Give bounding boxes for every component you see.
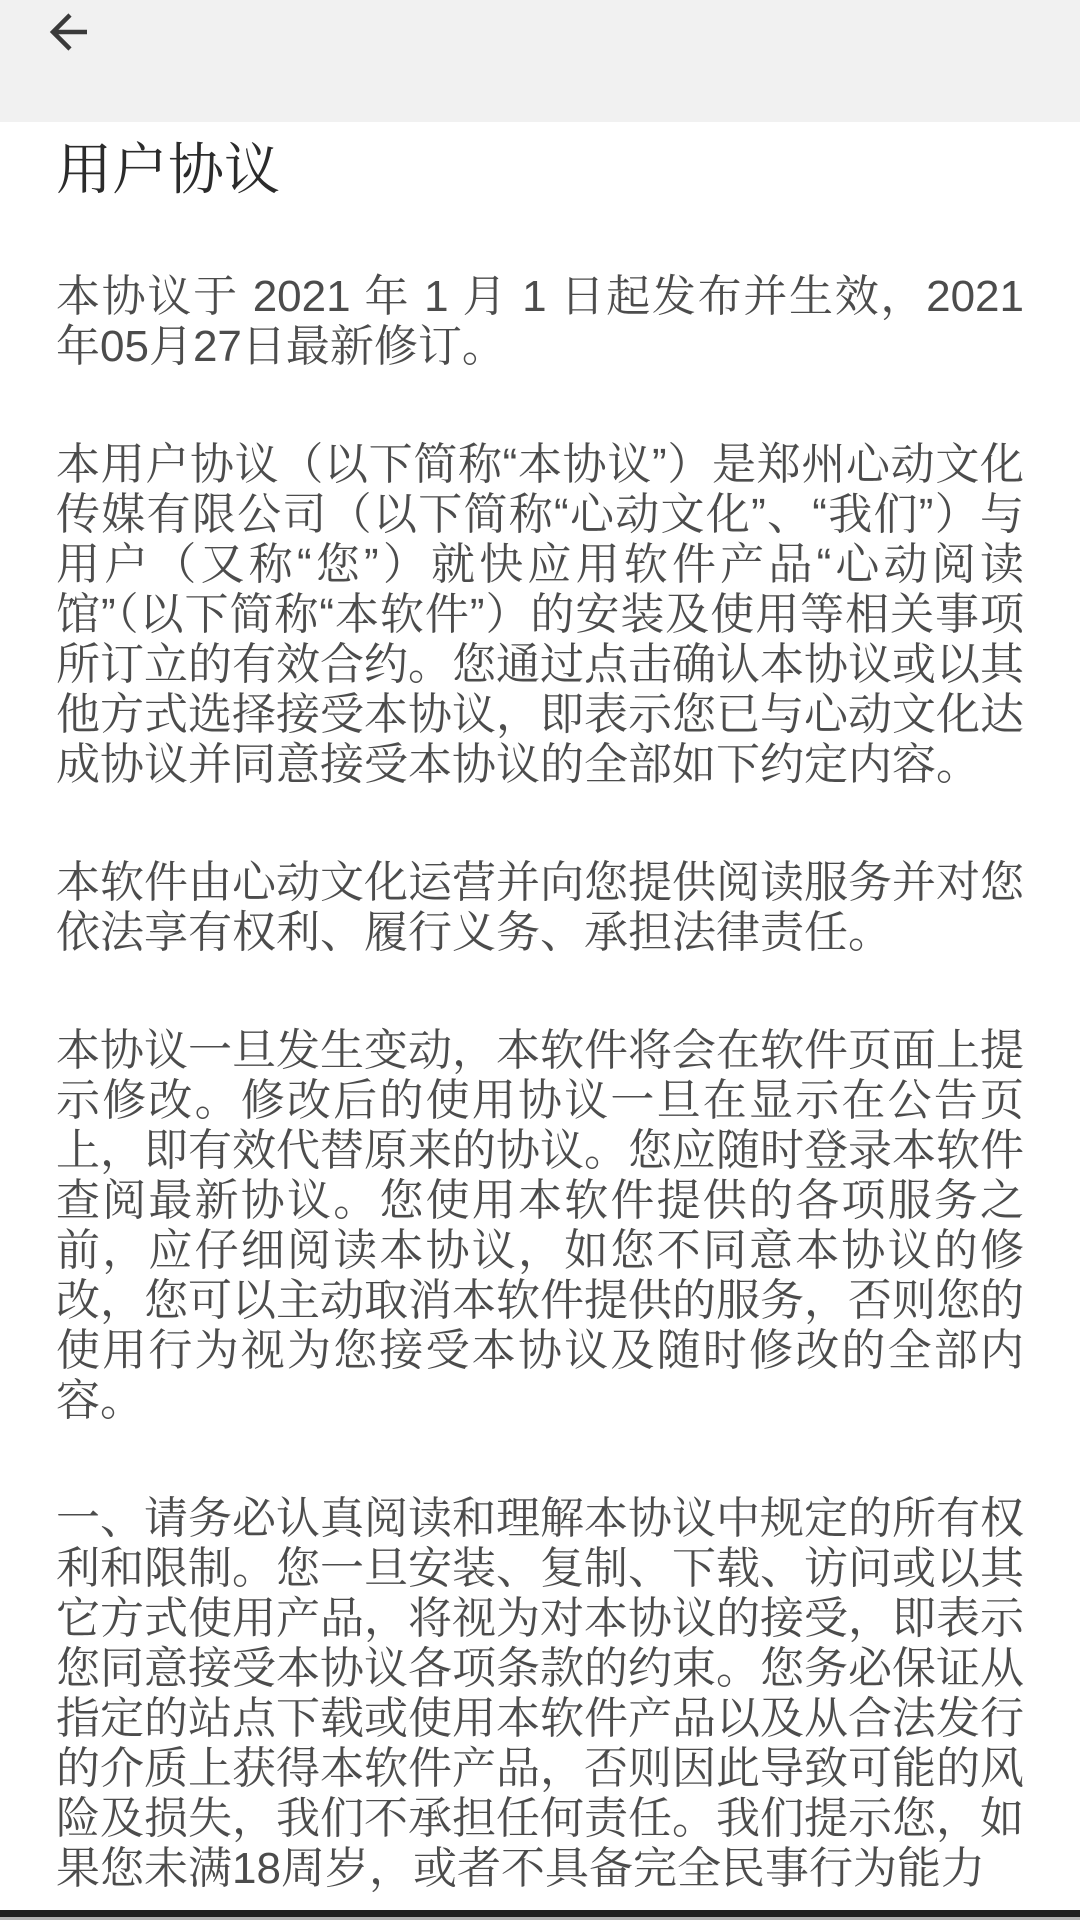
page-title: 用户协议 bbox=[56, 136, 1024, 203]
agreement-content: 用户协议 本协议于 2021 年 1 月 1 日起发布并生效，2021年05月2… bbox=[0, 122, 1080, 1920]
agreement-paragraph-changes: 本协议一旦发生变动，本软件将会在软件页面上提示修改。修改后的使用协议一旦在显示在… bbox=[56, 1026, 1024, 1426]
agreement-paragraph-section-1: 一、请务必认真阅读和理解本协议中规定的所有权利和限制。您一旦安装、复制、下载、访… bbox=[56, 1494, 1024, 1894]
header-bar bbox=[0, 0, 1080, 122]
back-button[interactable] bbox=[20, 0, 120, 100]
agreement-paragraph-operator: 本软件由心动文化运营并向您提供阅读服务并对您依法享有权利、履行义务、承担法律责任… bbox=[56, 858, 1024, 958]
agreement-paragraph-effective-date: 本协议于 2021 年 1 月 1 日起发布并生效，2021年05月27日最新修… bbox=[56, 272, 1024, 372]
agreement-paragraph-intro: 本用户协议（以下简称“本协议”）是郑州心动文化传媒有限公司（以下简称“心动文化”… bbox=[56, 440, 1024, 790]
back-arrow-icon bbox=[45, 8, 93, 56]
bottom-edge-bar bbox=[0, 1910, 1080, 1920]
